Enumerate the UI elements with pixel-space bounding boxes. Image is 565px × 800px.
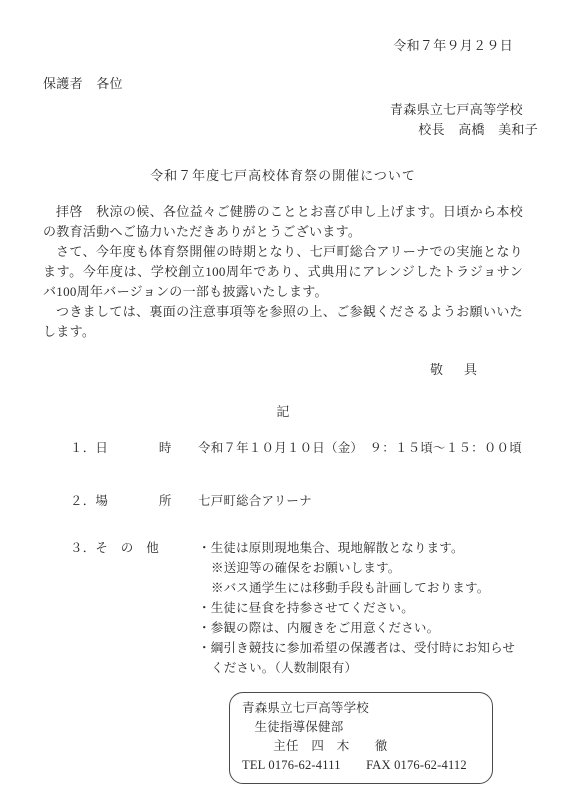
schedule-label: １．日 時 [70, 438, 198, 458]
other-label: ３．そ の 他 [70, 538, 198, 678]
schedule-value: 令和７年１０月１０日（金） ９：１５頃～１５：００頃 [198, 438, 522, 458]
contact-school: 青森県立七戸高等学校 [242, 699, 480, 718]
note-bus: ※バス通学生には移動手段も計画しております。 [198, 578, 523, 598]
greeting-paragraph: 拝啓 秋涼の候、各位益々ご健勝のこととお喜び申し上げます。日頃から本校の教育活動… [43, 202, 523, 242]
recipient: 保護者 各位 [43, 74, 523, 94]
issue-date: 令和７年９月２９日 [43, 36, 513, 56]
venue-value: 七戸町総合アリーナ [198, 491, 312, 511]
main-paragraph: さて、今年度も体育祭開催の時期となり、七戸町総合アリーナでの実施となります。今年… [43, 242, 523, 302]
note-shoes: ・参観の際は、内履きをご用意ください。 [198, 618, 523, 638]
sender-school-name: 青森県立七戸高等学校 [43, 100, 523, 120]
venue-item: ２．場 所 七戸町総合アリーナ [43, 491, 523, 511]
contact-telfax: TEL 0176-62-4111 FAX 0176-62-4112 [242, 756, 480, 775]
note-meeting: ・生徒は原則現地集合、現地解散となります。 [198, 538, 523, 558]
body-text: 拝啓 秋涼の候、各位益々ご健勝のこととお喜び申し上げます。日頃から本校の教育活動… [43, 202, 523, 342]
record-heading: 記 [43, 402, 523, 422]
document-page: 令和７年９月２９日 保護者 各位 青森県立七戸高等学校 校長 高橋 美和子 令和… [0, 0, 565, 800]
venue-label: ２．場 所 [70, 491, 198, 511]
closing-word: 敬 具 [43, 360, 481, 380]
contact-department: 生徒指導保健部 [242, 718, 480, 737]
document-title: 令和７年度七戸高校体育祭の開催について [43, 166, 523, 186]
sender-principal: 校長 高橋 美和子 [43, 120, 538, 140]
contact-box: 青森県立七戸高等学校 生徒指導保健部 主任 四 木 徹 TEL 0176-62-… [229, 692, 493, 784]
request-paragraph: つきましては、裏面の注意事項等を参照の上、ご参観くださるようお願いいたします。 [43, 302, 523, 342]
note-tugofwar: ・綱引き競技に参加希望の保護者は、受付時にお知らせください。（人数制限有） [198, 638, 523, 678]
notes-list: ・生徒は原則現地集合、現地解散となります。 ※送迎等の確保をお願いします。 ※バ… [198, 538, 523, 678]
contact-chief: 主任 四 木 徹 [242, 737, 480, 756]
schedule-item: １．日 時 令和７年１０月１０日（金） ９：１５頃～１５：００頃 [43, 438, 523, 458]
other-item: ３．そ の 他 ・生徒は原則現地集合、現地解散となります。 ※送迎等の確保をお願… [43, 538, 523, 678]
note-transport: ※送迎等の確保をお願いします。 [198, 558, 523, 578]
sender-block: 青森県立七戸高等学校 校長 高橋 美和子 [43, 100, 523, 140]
note-lunch: ・生徒に昼食を持参させてください。 [198, 598, 523, 618]
